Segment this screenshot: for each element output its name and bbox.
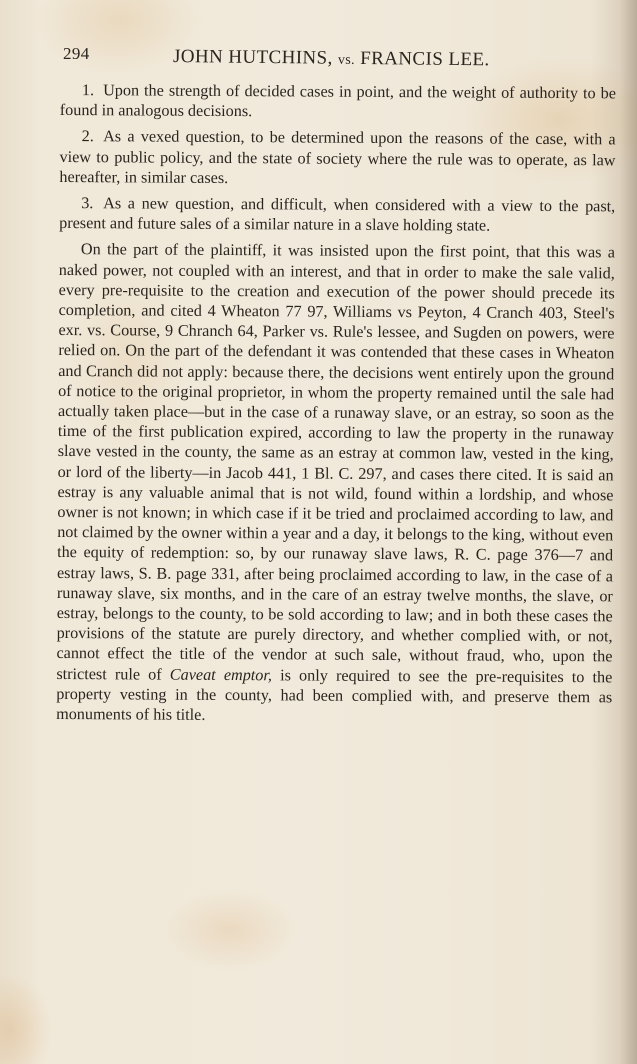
running-head: 294 JOHN HUTCHINS, vs. FRANCIS LEE. [63,44,623,74]
case-title: JOHN HUTCHINS, vs. FRANCIS LEE. [173,46,490,71]
body-text: 1. Upon the strength of decided cases in… [56,80,616,734]
point-text: As a vexed question, to be determined up… [59,128,615,187]
caveat-emptor-phrase: Caveat emptor, [170,665,272,684]
point-number: 3. [81,194,93,212]
book-page: 294 JOHN HUTCHINS, vs. FRANCIS LEE. 1. U… [0,0,637,1064]
argument-paragraph: On the part of the plaintiff, it was ins… [56,239,615,727]
point-number: 2. [82,128,94,146]
point-1: 1. Upon the strength of decided cases in… [60,80,616,124]
page-edge-shadow [619,0,637,1064]
point-number: 1. [82,81,94,99]
point-text: Upon the strength of decided cases in po… [60,81,616,120]
versus-label: vs. [338,53,355,68]
point-text: As a new question, and difficult, when c… [59,194,615,235]
plaintiff-name: JOHN HUTCHINS, [173,46,333,69]
defendant-name: FRANCIS LEE. [360,48,490,70]
page-number: 294 [63,44,90,64]
argument-text-part1: On the part of the plaintiff, it was ins… [56,241,615,684]
point-3: 3. As a new question, and difficult, whe… [59,193,615,237]
point-2: 2. As a vexed question, to be determined… [59,126,615,190]
